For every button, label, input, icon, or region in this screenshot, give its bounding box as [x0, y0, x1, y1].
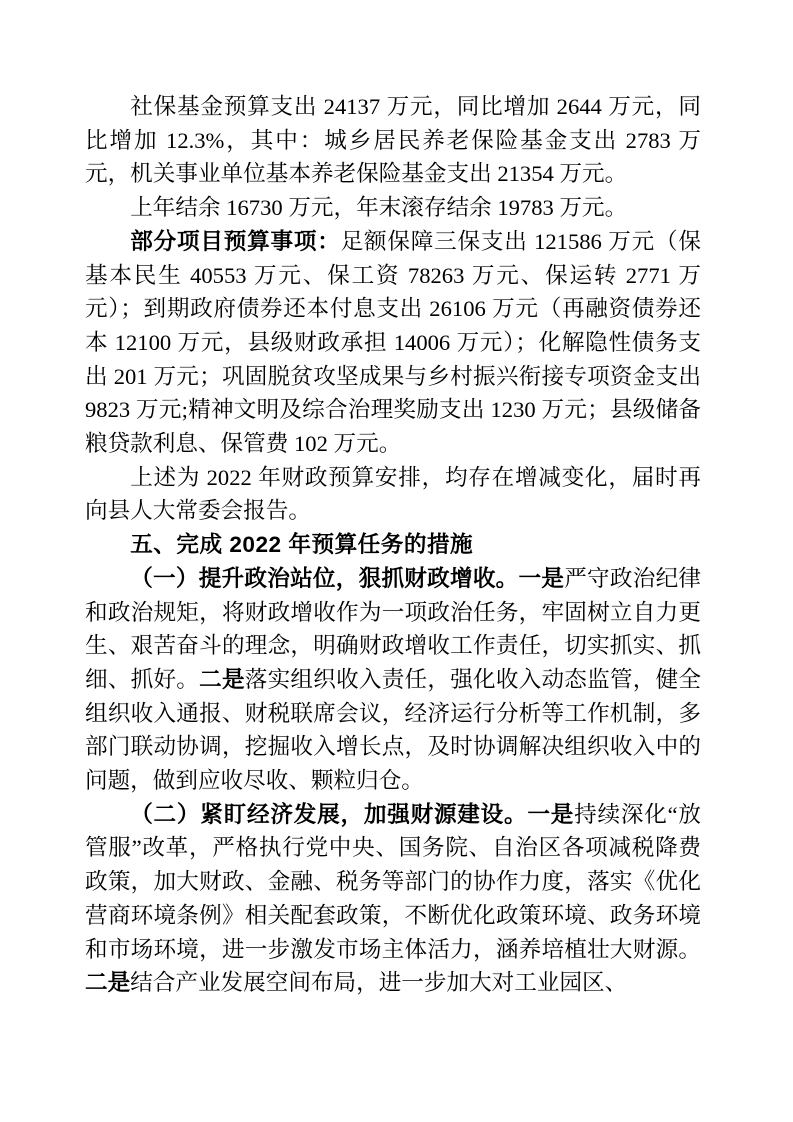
- paragraph: （二）紧盯经济发展，加强财源建设。一是持续深化“放管服”改革，严格执行党中央、国…: [85, 798, 701, 1000]
- paragraph: 部分项目预算事项：足额保障三保支出 121586 万元（保基本民生 40553 …: [85, 225, 701, 461]
- document-page: 社保基金预算支出 24137 万元，同比增加 2644 万元，同比增加 12.3…: [0, 0, 793, 1122]
- text-run: 上述为 2022 年财政预算安排，均存在增减变化，届时再向县人大常委会报告。: [85, 465, 701, 524]
- paragraph: 上述为 2022 年财政预算安排，均存在增减变化，届时再向县人大常委会报告。: [85, 461, 701, 528]
- text-run: 足额保障三保支出 121586 万元（保基本民生 40553 万元、保工资 78…: [85, 229, 701, 456]
- bold-text-run: （二）紧盯经济发展，加强财源建设。一是: [130, 802, 574, 827]
- bold-text-run: 二是: [199, 667, 245, 692]
- paragraph: 社保基金预算支出 24137 万元，同比增加 2644 万元，同比增加 12.3…: [85, 90, 701, 191]
- bold-text-run: （一）提升政治站位，狠抓财政增收。一是: [130, 566, 564, 591]
- text-run: 结合产业发展空间布局，进一步加大对工业园区、: [130, 970, 627, 995]
- bold-text-run: 二是: [85, 970, 130, 995]
- bold-text-run: 部分项目预算事项：: [130, 229, 340, 254]
- text-run: 社保基金预算支出 24137 万元，同比增加 2644 万元，同比增加 12.3…: [85, 94, 701, 186]
- section-heading: 五、完成 2022 年预算任务的措施: [85, 528, 701, 562]
- paragraph: （一）提升政治站位，狠抓财政增收。一是严守政治纪律和政治规矩，将财政增收作为一项…: [85, 562, 701, 798]
- bold-text-run: 五、完成 2022 年预算任务的措施: [130, 532, 473, 557]
- text-run: 上年结余 16730 万元，年末滚存结余 19783 万元。: [130, 195, 627, 220]
- paragraph: 上年结余 16730 万元，年末滚存结余 19783 万元。: [85, 191, 701, 225]
- document-body: 社保基金预算支出 24137 万元，同比增加 2644 万元，同比增加 12.3…: [85, 90, 701, 1000]
